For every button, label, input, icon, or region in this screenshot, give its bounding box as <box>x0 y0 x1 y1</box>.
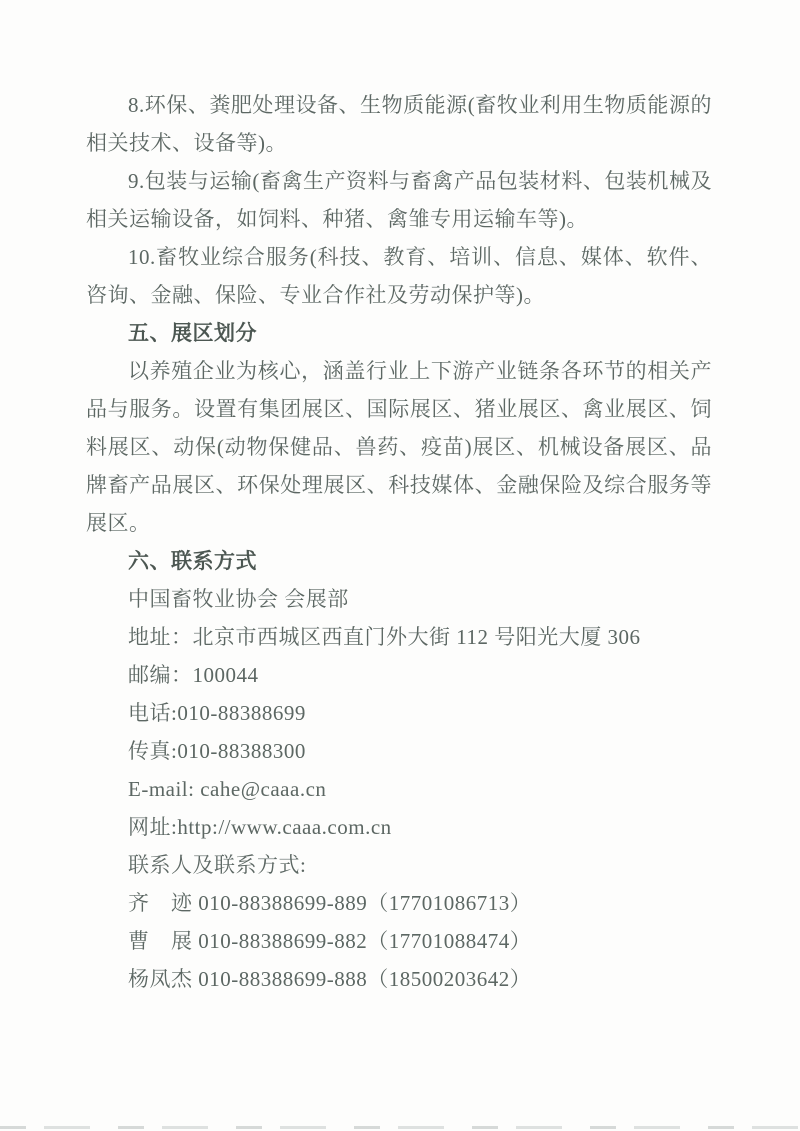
line-phone: 电话:010-88388699 <box>86 694 712 732</box>
document-body: 8.环保、粪肥处理设备、生物质能源(畜牧业利用生物质能源的相关技术、设备等)。 … <box>86 86 712 998</box>
heading-section-5-zone-division: 五、展区划分 <box>86 314 712 352</box>
line-postal-code: 邮编：100044 <box>86 656 712 694</box>
heading-section-6-contact-info: 六、联系方式 <box>86 542 712 580</box>
para-zone-description: 以养殖企业为核心，涵盖行业上下游产业链条各环节的相关产品与服务。设置有集团展区、… <box>86 352 712 542</box>
contact-row-cao-zhan: 曹 展 010-88388699-882（17701088474） <box>86 922 712 960</box>
contact-row-qi-ji: 齐 迹 010-88388699-889（17701086713） <box>86 884 712 922</box>
scanned-document-page: 8.环保、粪肥处理设备、生物质能源(畜牧业利用生物质能源的相关技术、设备等)。 … <box>0 0 800 1131</box>
contact-row-yang-fengjie: 杨凤杰 010-88388699-888（18500203642） <box>86 960 712 998</box>
para-item-8: 8.环保、粪肥处理设备、生物质能源(畜牧业利用生物质能源的相关技术、设备等)。 <box>86 86 712 162</box>
line-address: 地址：北京市西城区西直门外大街 112 号阳光大厦 306 <box>86 618 712 656</box>
line-contacts-label: 联系人及联系方式: <box>86 846 712 884</box>
line-website: 网址:http://www.caaa.com.cn <box>86 808 712 846</box>
line-email: E-mail: cahe@caaa.cn <box>86 770 712 808</box>
para-item-10: 10.畜牧业综合服务(科技、教育、培训、信息、媒体、软件、咨询、金融、保险、专业… <box>86 238 712 314</box>
page-bottom-scan-artifact <box>0 1126 800 1129</box>
line-organization: 中国畜牧业协会 会展部 <box>86 580 712 618</box>
para-item-9: 9.包装与运输(畜禽生产资料与畜禽产品包装材料、包装机械及相关运输设备，如饲料、… <box>86 162 712 238</box>
line-fax: 传真:010-88388300 <box>86 732 712 770</box>
